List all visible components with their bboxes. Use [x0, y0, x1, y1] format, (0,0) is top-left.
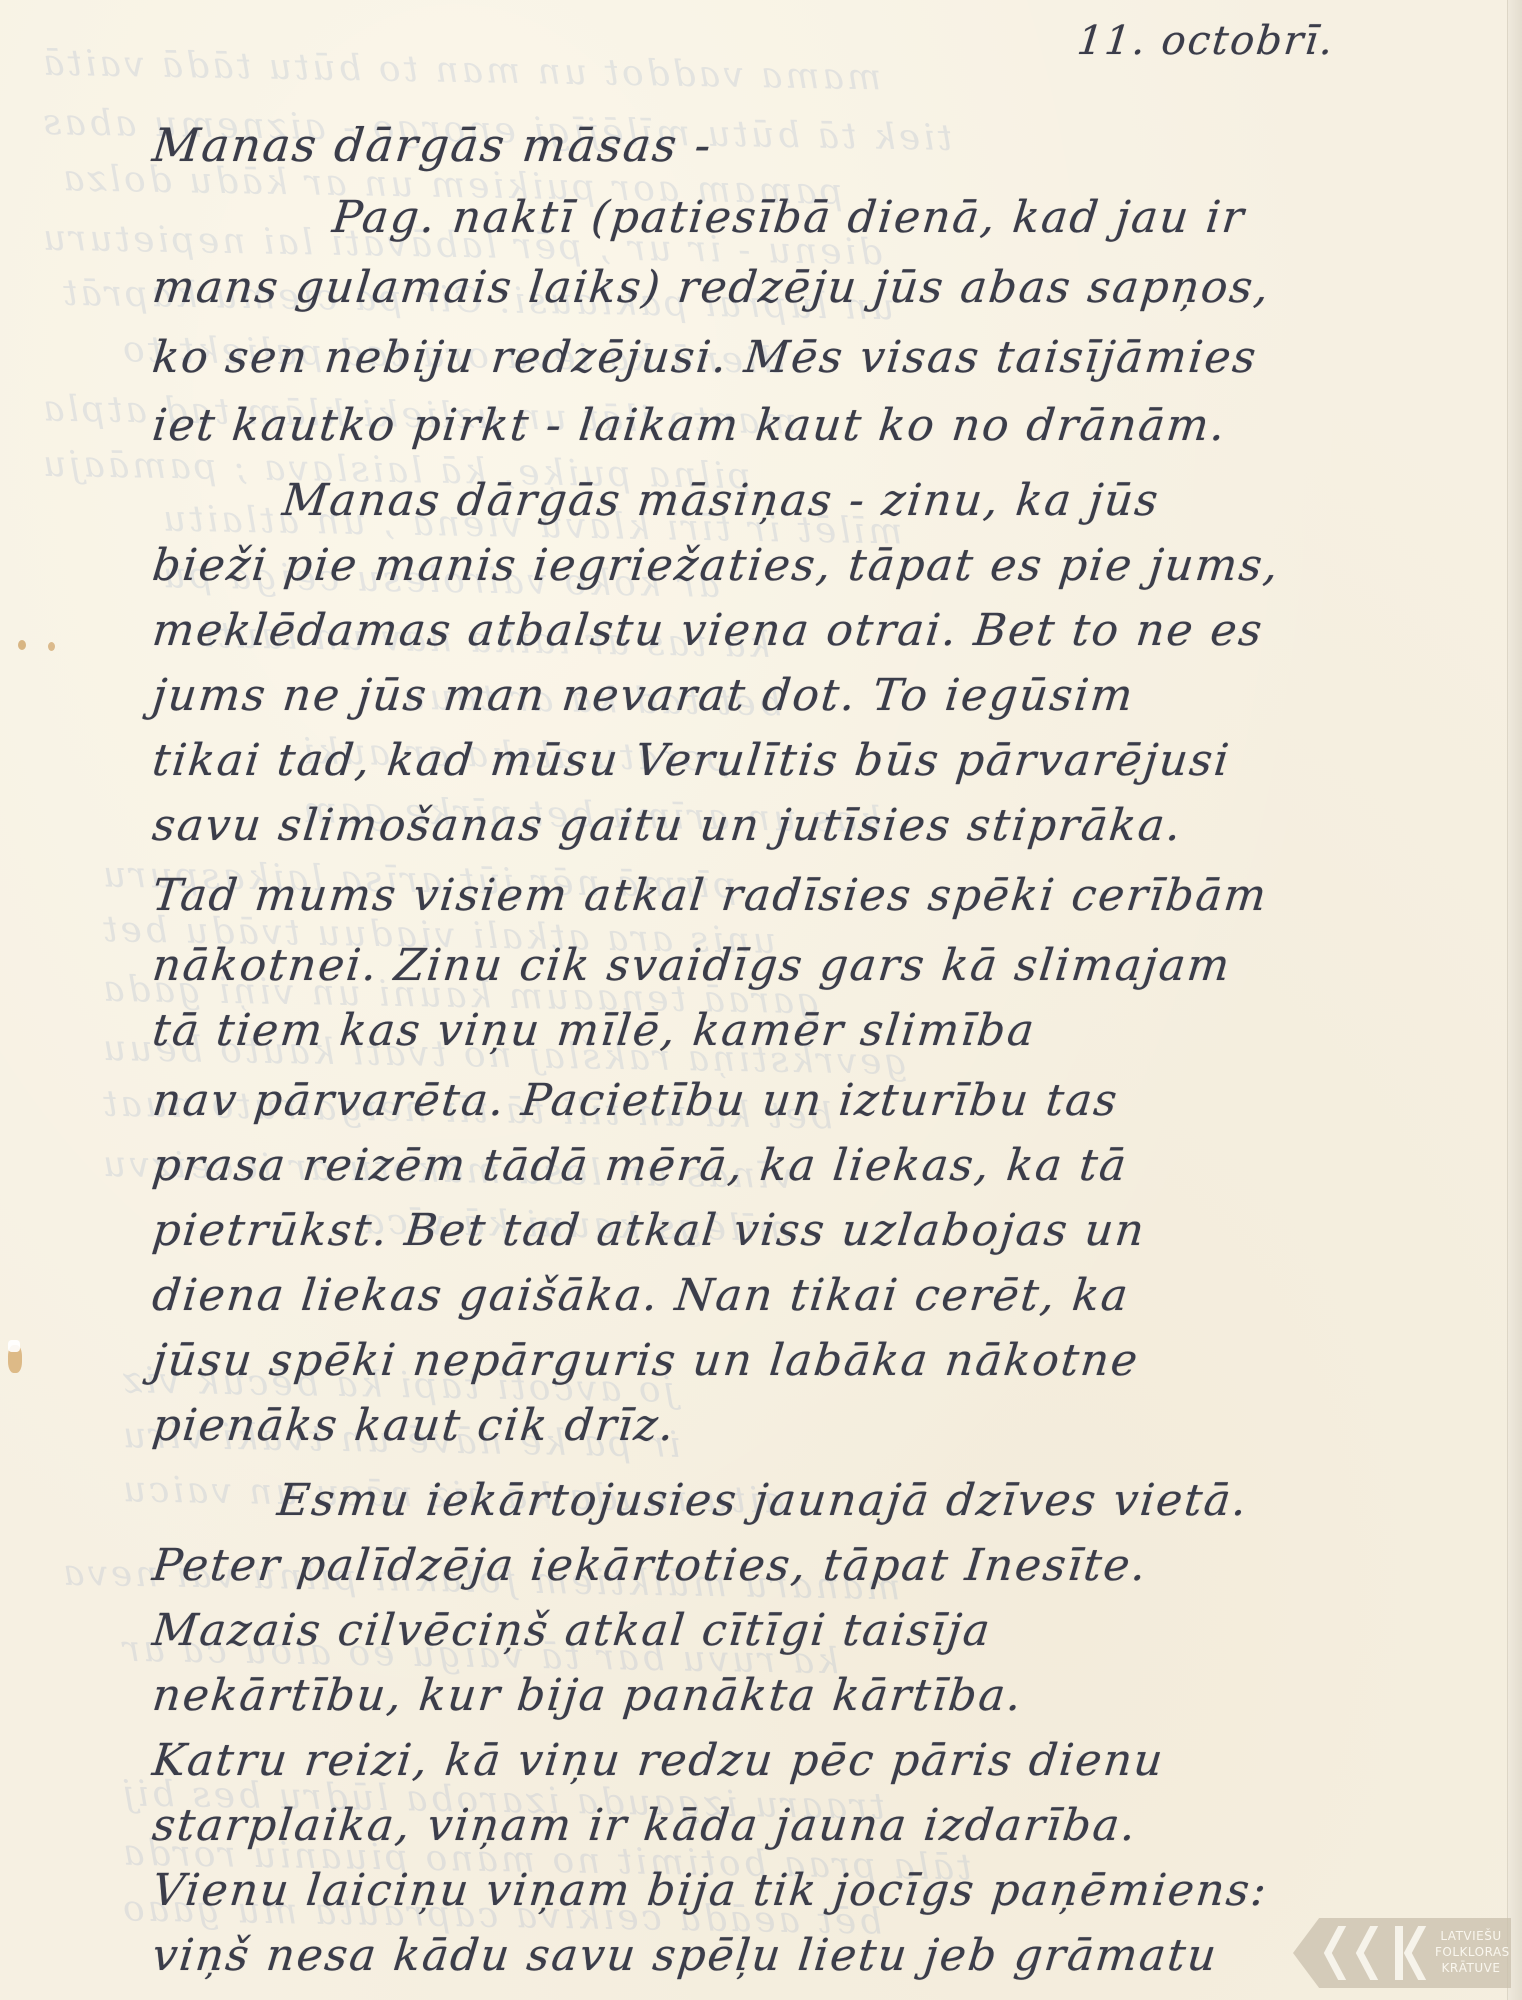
letter-line: nekārtību, kur bija panākta kārtība.: [150, 1670, 1026, 1721]
letter-line: bieži pie manis iegriežaties, tāpat es p…: [150, 540, 1282, 591]
letter-line: nav pārvarēta. Pacietību un izturību tas: [150, 1075, 1121, 1126]
archive-logo-text: LATVIEŠU FOLKLORAS KRĀTUVE: [1435, 1928, 1507, 1976]
letter-line: iet kautko pirkt - laikam kaut ko no drā…: [150, 400, 1229, 451]
letter-line: starplaika, viņam ir kāda jauna izdarība…: [150, 1800, 1140, 1851]
letter-line: tikai tad, kad mūsu Verulītis būs pārvar…: [150, 735, 1233, 786]
paper-stain: [48, 642, 55, 651]
paper-edge: [1507, 0, 1522, 2000]
letter-line: prasa reizēm tādā mērā, ka liekas, ka tā: [150, 1140, 1130, 1191]
letter-line: Katru reizi, kā viņu redzu pēc pāris die…: [150, 1735, 1167, 1786]
letter-line: diena liekas gaišāka. Nan tikai cerēt, k…: [150, 1270, 1132, 1321]
archive-logo-line: KRĀTUVE: [1435, 1960, 1507, 1976]
letter-line: Tad mums visiem atkal radīsies spēki cer…: [150, 870, 1270, 921]
paper-hole: [8, 1340, 20, 1352]
archive-logo-watermark: LATVIEŠU FOLKLORAS KRĀTUVE: [1293, 1918, 1511, 1988]
letter-line: viņš nesa kādu savu spēļu lietu jeb grām…: [150, 1930, 1220, 1981]
letter-line: nākotnei. Zinu cik svaidīgs gars kā slim…: [150, 940, 1234, 991]
letter-line: tā tiem kas viņu mīlē, kamēr slimība: [150, 1005, 1038, 1056]
letter-line: Pag. naktī (patiesībā dienā, kad jau ir: [330, 192, 1248, 243]
letter-line: jūsu spēki nepārguris un labāka nākotne: [150, 1335, 1142, 1386]
letter-salutation: Manas dārgās māsas -: [150, 118, 715, 172]
letter-line: mans gulamais laiks) redzēju jūs abas sa…: [150, 262, 1273, 313]
paper-stain: [18, 640, 26, 650]
letter-line: pienāks kaut cik drīz.: [150, 1400, 678, 1451]
letter-line: meklēdamas atbalstu viena otrai. Bet to …: [150, 605, 1266, 656]
archive-logo-line: LATVIEŠU: [1435, 1928, 1507, 1944]
letter-line: Manas dārgās māsiņas - zinu, ka jūs: [280, 475, 1162, 526]
letter-line: ko sen nebiju redzējusi. Mēs visas taisī…: [150, 332, 1260, 383]
letter-line: Vienu laiciņu viņam bija tik jocīgs paņē…: [150, 1865, 1271, 1916]
letter-line: Peter palīdzēja iekārtoties, tāpat Inesī…: [150, 1540, 1150, 1591]
letter-date: 11. octobrī.: [1075, 18, 1337, 64]
letter-line: savu slimošanas gaitu un jutīsies stiprā…: [150, 800, 1185, 851]
letter-line: Mazais cilvēciņš atkal cītīgi taisīja: [150, 1605, 994, 1656]
bleed-line: mama vaddot un man to būtu tādā vaitā: [40, 43, 882, 99]
letter-line: pietrūkst. Bet tad atkal viss uzlabojas …: [150, 1205, 1148, 1256]
archive-logo-line: FOLKLORAS: [1435, 1944, 1507, 1960]
letter-line: jums ne jūs man nevarat dot. To iegūsim: [150, 670, 1137, 721]
letter-page: mama vaddot un man to būtu tādā vaitā ti…: [0, 0, 1522, 2000]
letter-line: Esmu iekārtojusies jaunajā dzīves vietā.: [275, 1475, 1251, 1526]
